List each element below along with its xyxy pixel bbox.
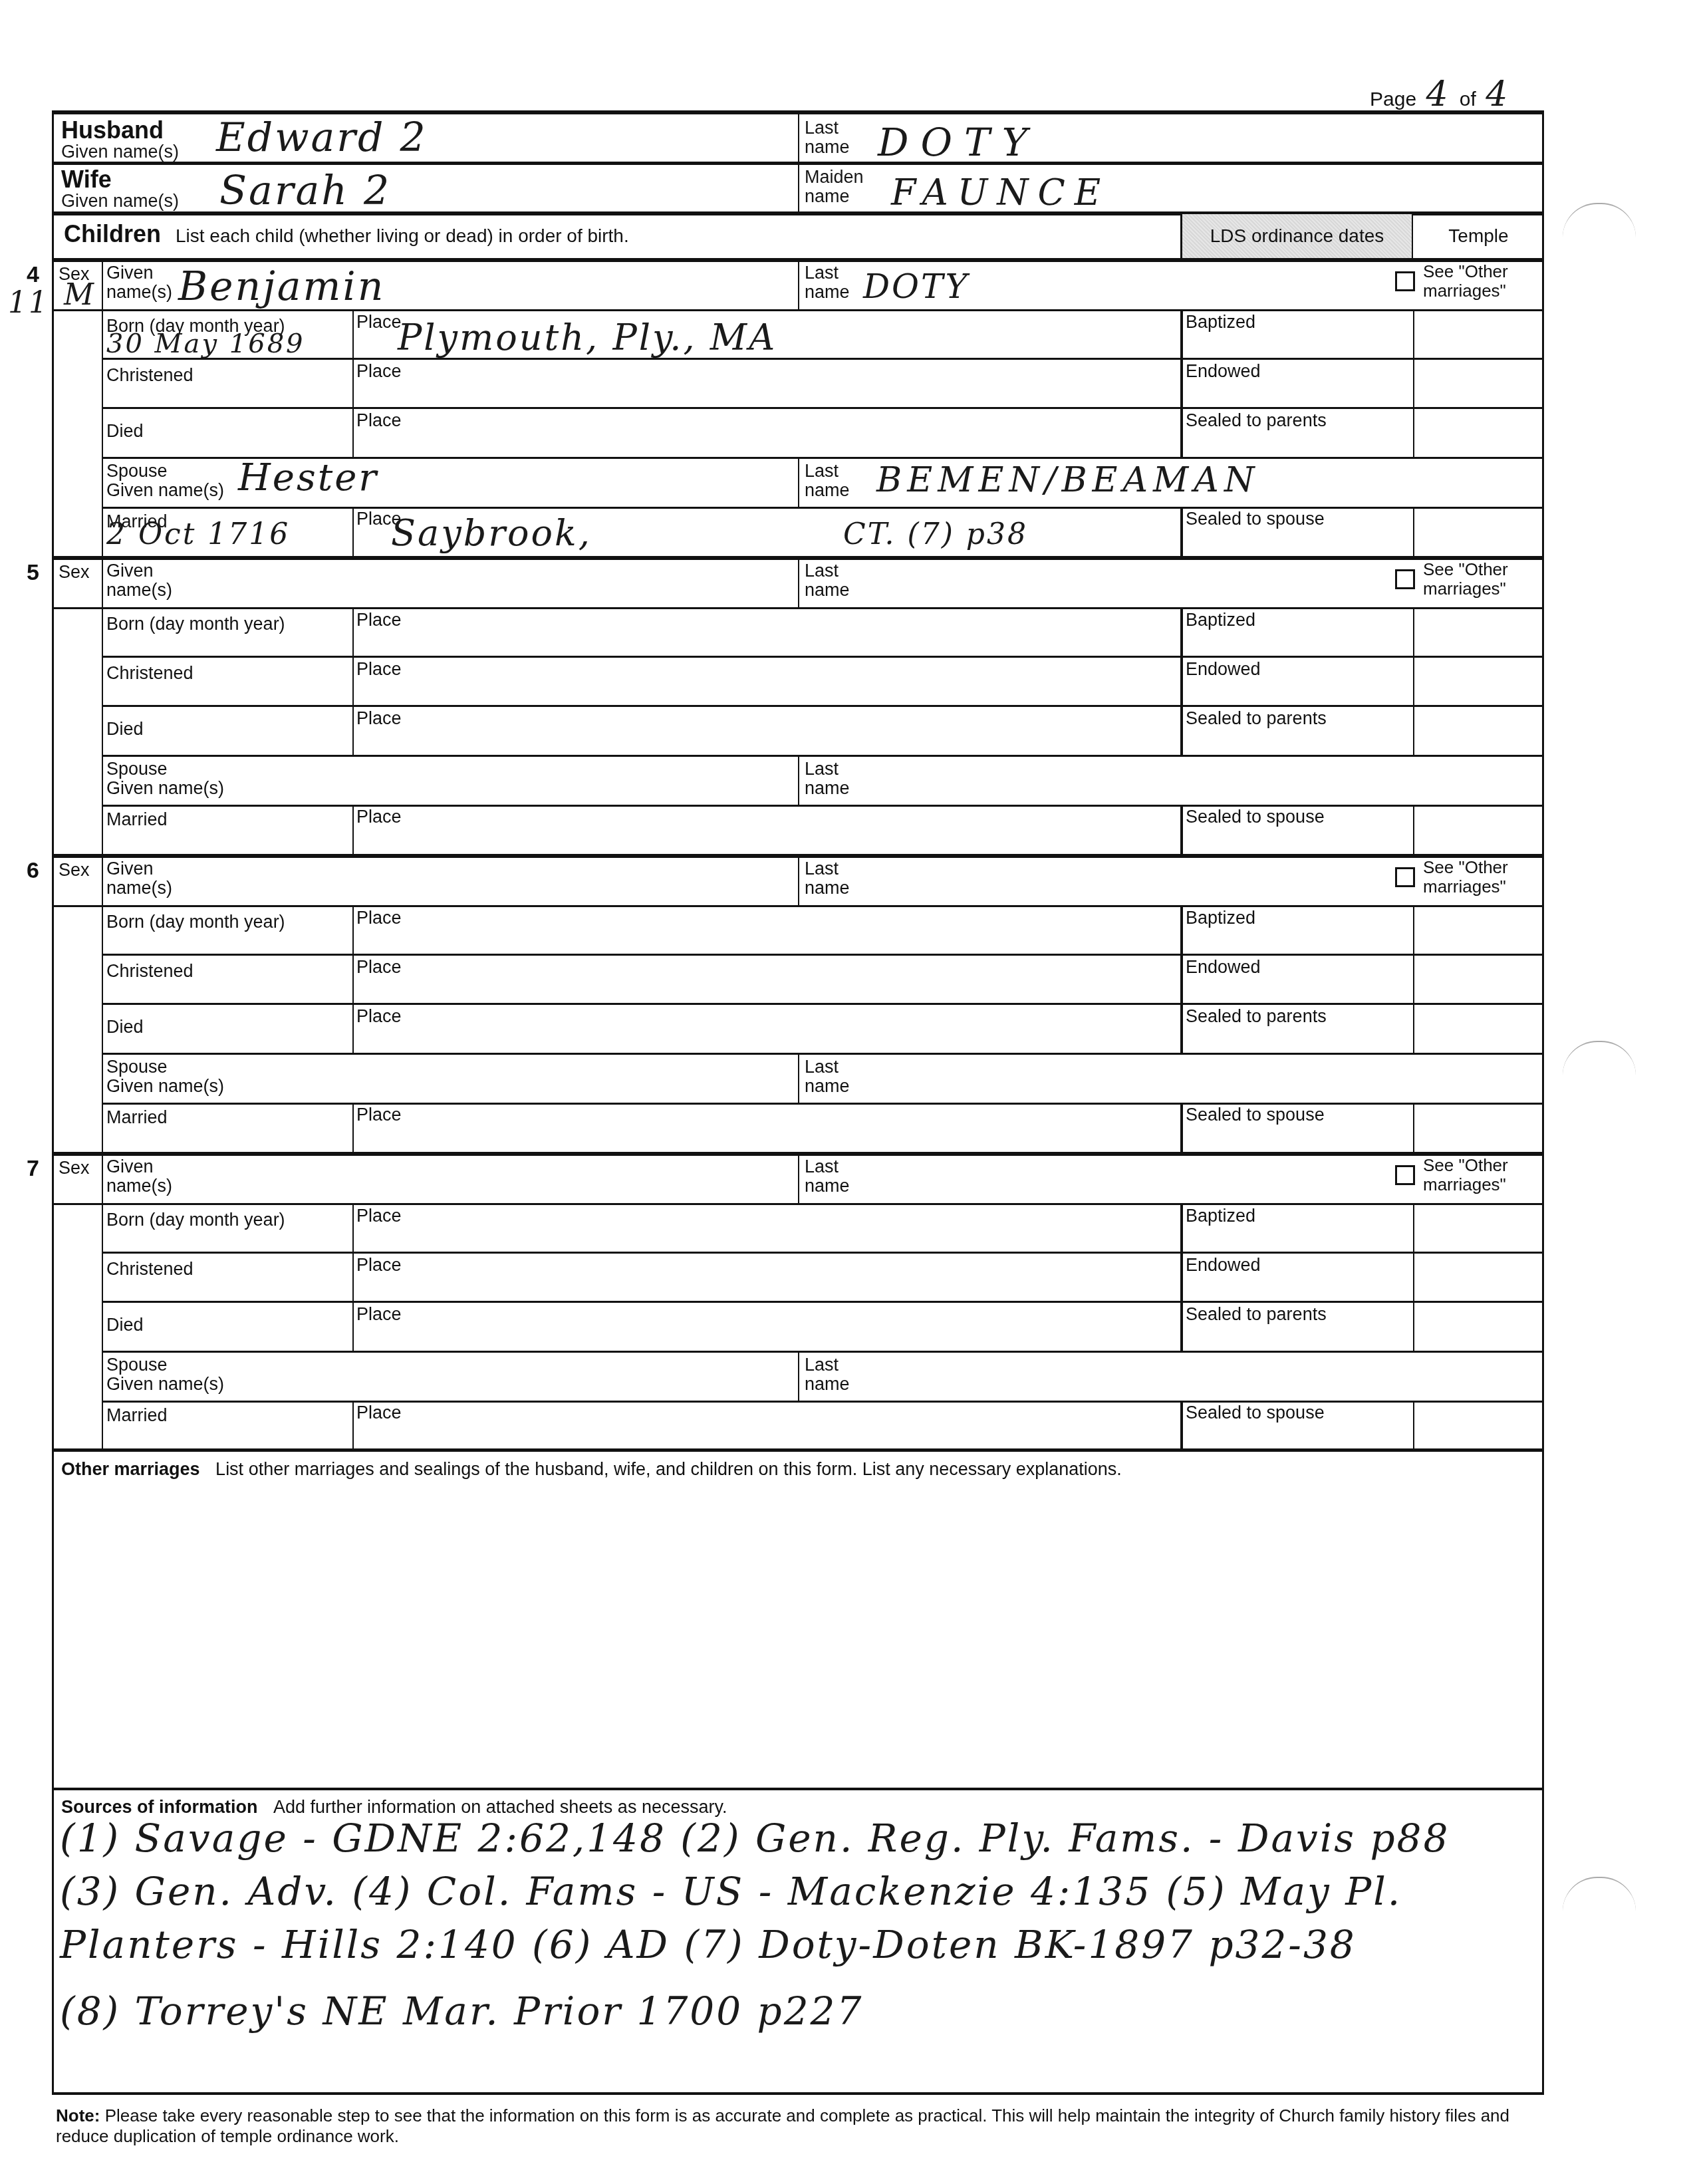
children-header: Children List each child (whether living…: [64, 222, 629, 247]
spouse-last-label: Lastname: [805, 1355, 850, 1394]
child-margin-note: 11: [8, 286, 49, 320]
page-of-label: of: [1460, 88, 1476, 110]
page-current[interactable]: 4: [1426, 74, 1450, 114]
born-label: Born (day month year): [106, 1210, 285, 1230]
husband-title: Husband: [61, 118, 179, 142]
died-label: Died: [106, 1315, 144, 1335]
wife-title: Wife: [61, 168, 179, 192]
born-place-field[interactable]: Plymouth, Ply., MA: [398, 317, 777, 358]
child-number: 4: [27, 262, 39, 288]
husband-given-field[interactable]: Edward 2: [216, 114, 428, 161]
husband-last-field[interactable]: DOTY: [878, 120, 1039, 165]
page-number: Page 4 of 4: [1370, 74, 1513, 114]
married-label: Married: [106, 810, 168, 829]
sealed-parents-temple-field[interactable]: [1415, 1303, 1541, 1350]
died-place-label: Place: [356, 709, 402, 728]
endowed-temple-field[interactable]: [1415, 658, 1541, 705]
endowed-temple-field[interactable]: [1415, 956, 1541, 1003]
temple-header: Temple: [1413, 214, 1544, 258]
hole-punch-mark: [1563, 1041, 1636, 1075]
born-place-label: Place: [356, 611, 402, 630]
married-place-label: Place: [356, 1105, 402, 1125]
died-place-label: Place: [356, 1305, 402, 1324]
married-place-label: Place: [356, 807, 402, 827]
given-field[interactable]: Benjamin: [178, 263, 385, 310]
endowed-label: Endowed: [1186, 362, 1261, 381]
endowed-temple-field[interactable]: [1415, 1254, 1541, 1301]
married-date-field[interactable]: 2 Oct 1716: [106, 517, 290, 551]
see-other-marriages-checkbox[interactable]: [1395, 271, 1415, 291]
note-text: Please take every reasonable step to see…: [56, 2106, 1509, 2146]
page-total[interactable]: 4: [1486, 74, 1509, 114]
married-place-label: Place: [356, 1403, 402, 1423]
sealed-spouse-temple-field[interactable]: [1415, 1105, 1541, 1151]
given-label: Givenname(s): [106, 859, 172, 898]
died-label: Died: [106, 720, 144, 739]
born-place-label: Place: [356, 908, 402, 928]
spouse-last-label: Lastname: [805, 462, 850, 500]
sealed-to-spouse-label: Sealed to spouse: [1186, 1403, 1325, 1423]
christened-place-label: Place: [356, 958, 402, 977]
spouse-label: SpouseGiven name(s): [106, 759, 224, 798]
married-place-field[interactable]: Saybrook,: [391, 512, 592, 554]
sources-instruction: Add further information on attached shee…: [273, 1797, 727, 1817]
other-marriages-header: Other marriages List other marriages and…: [61, 1459, 1122, 1480]
see-other-marriages-label: See "Othermarriages": [1423, 858, 1508, 896]
sealed-parents-temple-field[interactable]: [1415, 410, 1541, 456]
husband-section: Husband Given name(s): [61, 118, 179, 162]
spouse-last-label: Lastname: [805, 759, 850, 798]
last-label: Lastname: [805, 1157, 850, 1196]
baptized-label: Baptized: [1186, 611, 1255, 630]
endowed-label: Endowed: [1186, 660, 1261, 679]
sealed-parents-temple-field[interactable]: [1415, 708, 1541, 754]
other-marriages-field[interactable]: [60, 1490, 1536, 1776]
lds-ordinance-header: LDS ordinance dates: [1180, 214, 1413, 258]
other-marriages-instruction: List other marriages and sealings of the…: [215, 1459, 1122, 1479]
spouse-last-field[interactable]: BEMEN/BEAMAN: [876, 460, 1259, 500]
last-label: Lastname: [805, 263, 850, 302]
last-label: Lastname: [805, 859, 850, 898]
sealed-spouse-temple-field[interactable]: [1415, 807, 1541, 853]
spouse-label: SpouseGiven name(s): [106, 1355, 224, 1394]
husband-last-label: Lastname: [805, 118, 850, 157]
spouse-label: SpouseGiven name(s): [106, 462, 224, 500]
child-number: 6: [27, 858, 39, 884]
sources-header: Sources of information Add further infor…: [61, 1797, 727, 1818]
footer-note: Note: Please take every reasonable step …: [56, 2106, 1519, 2147]
baptized-temple-field[interactable]: [1415, 311, 1541, 358]
given-label: Givenname(s): [106, 263, 172, 302]
wife-given-label: Given name(s): [61, 192, 179, 211]
baptized-label: Baptized: [1186, 1206, 1255, 1226]
given-label: Givenname(s): [106, 561, 172, 600]
endowed-temple-field[interactable]: [1415, 360, 1541, 407]
sealed-to-spouse-label: Sealed to spouse: [1186, 807, 1325, 827]
baptized-temple-field[interactable]: [1415, 907, 1541, 954]
sealed-spouse-temple-field[interactable]: [1415, 509, 1541, 555]
other-marriages-title: Other marriages: [61, 1459, 200, 1479]
wife-maiden-label: Maidenname: [805, 168, 864, 206]
wife-maiden-field[interactable]: FAUNCE: [891, 172, 1110, 213]
sealed-to-parents-label: Sealed to parents: [1186, 1007, 1327, 1026]
spouse-last-label: Lastname: [805, 1057, 850, 1096]
see-other-marriages-checkbox[interactable]: [1395, 569, 1415, 589]
sex-field[interactable]: M: [64, 278, 96, 312]
born-date-field[interactable]: 30 May 1689: [106, 329, 305, 359]
last-label: Lastname: [805, 561, 850, 600]
sealed-spouse-temple-field[interactable]: [1415, 1403, 1541, 1449]
child-record-4: 4 11 Sex M Givenname(s) Benjamin Lastnam…: [52, 259, 1544, 557]
died-place-label: Place: [356, 1007, 402, 1026]
children-title: Children: [64, 222, 161, 246]
given-label: Givenname(s): [106, 1157, 172, 1196]
christened-label: Christened: [106, 962, 194, 981]
page-label: Page: [1370, 88, 1416, 110]
died-place-label: Place: [356, 411, 402, 430]
sources-title: Sources of information: [61, 1797, 258, 1817]
christened-place-label: Place: [356, 362, 402, 381]
born-place-label: Place: [356, 1206, 402, 1226]
note-label: Note:: [56, 2106, 100, 2125]
see-other-marriages-checkbox[interactable]: [1395, 867, 1415, 887]
sealed-to-parents-label: Sealed to parents: [1186, 411, 1327, 430]
children-instruction: List each child (whether living or dead)…: [176, 225, 629, 247]
hole-punch-mark: [1563, 1877, 1636, 1911]
married-label: Married: [106, 1406, 168, 1425]
spouse-given-field[interactable]: Hester: [238, 456, 378, 499]
sealed-to-parents-label: Sealed to parents: [1186, 709, 1327, 728]
see-other-marriages-label: See "Othermarriages": [1423, 1156, 1508, 1194]
endowed-label: Endowed: [1186, 1256, 1261, 1275]
hole-punch-mark: [1563, 203, 1636, 237]
see-other-marriages-label: See "Othermarriages": [1423, 560, 1508, 599]
sex-label: Sex: [59, 1159, 90, 1178]
last-field[interactable]: DOTY: [863, 267, 969, 306]
sex-label: Sex: [59, 563, 90, 582]
child-number: 7: [27, 1156, 39, 1182]
died-label: Died: [106, 1018, 144, 1037]
born-place-label: Place: [356, 313, 402, 332]
christened-label: Christened: [106, 366, 194, 385]
christened-place-label: Place: [356, 1256, 402, 1275]
christened-label: Christened: [106, 1260, 194, 1279]
married-place-continued[interactable]: CT. (7) p38: [843, 517, 1028, 551]
died-label: Died: [106, 422, 144, 441]
wife-section: Wife Given name(s): [61, 168, 179, 211]
born-label: Born (day month year): [106, 912, 285, 932]
child-record-6: 6 Sex Givenname(s) Lastname See "Otherma…: [52, 855, 1544, 1153]
spouse-label: SpouseGiven name(s): [106, 1057, 224, 1096]
child-number: 5: [27, 560, 39, 586]
married-label: Married: [106, 1108, 168, 1127]
see-other-marriages-checkbox[interactable]: [1395, 1165, 1415, 1185]
born-label: Born (day month year): [106, 614, 285, 634]
wife-given-field[interactable]: Sarah 2: [219, 168, 391, 214]
baptized-label: Baptized: [1186, 313, 1255, 332]
endowed-label: Endowed: [1186, 958, 1261, 977]
sex-label: Sex: [59, 861, 90, 880]
source-line[interactable]: (8) Torrey's NE Mar. Prior 1700 p227: [60, 1988, 863, 2034]
christened-label: Christened: [106, 664, 194, 683]
child-record-5: 5 Sex Givenname(s) Lastname See "Otherma…: [52, 557, 1544, 855]
source-line[interactable]: (3) Gen. Adv. (4) Col. Fams - US - Macke…: [60, 1869, 1402, 1914]
source-line[interactable]: Planters - Hills 2:140 (6) AD (7) Doty-D…: [60, 1922, 1357, 1967]
see-other-marriages-label: See "Othermarriages": [1423, 262, 1508, 301]
christened-place-label: Place: [356, 660, 402, 679]
source-line[interactable]: (1) Savage - GDNE 2:62,148 (2) Gen. Reg.…: [60, 1816, 1450, 1861]
baptized-temple-field[interactable]: [1415, 1205, 1541, 1252]
sealed-to-spouse-label: Sealed to spouse: [1186, 1105, 1325, 1125]
baptized-temple-field[interactable]: [1415, 609, 1541, 656]
sealed-to-spouse-label: Sealed to spouse: [1186, 509, 1325, 529]
sealed-to-parents-label: Sealed to parents: [1186, 1305, 1327, 1324]
child-record-7: 7 Sex Givenname(s) Lastname See "Otherma…: [52, 1153, 1544, 1451]
husband-given-label: Given name(s): [61, 142, 179, 162]
sealed-parents-temple-field[interactable]: [1415, 1006, 1541, 1052]
baptized-label: Baptized: [1186, 908, 1255, 928]
